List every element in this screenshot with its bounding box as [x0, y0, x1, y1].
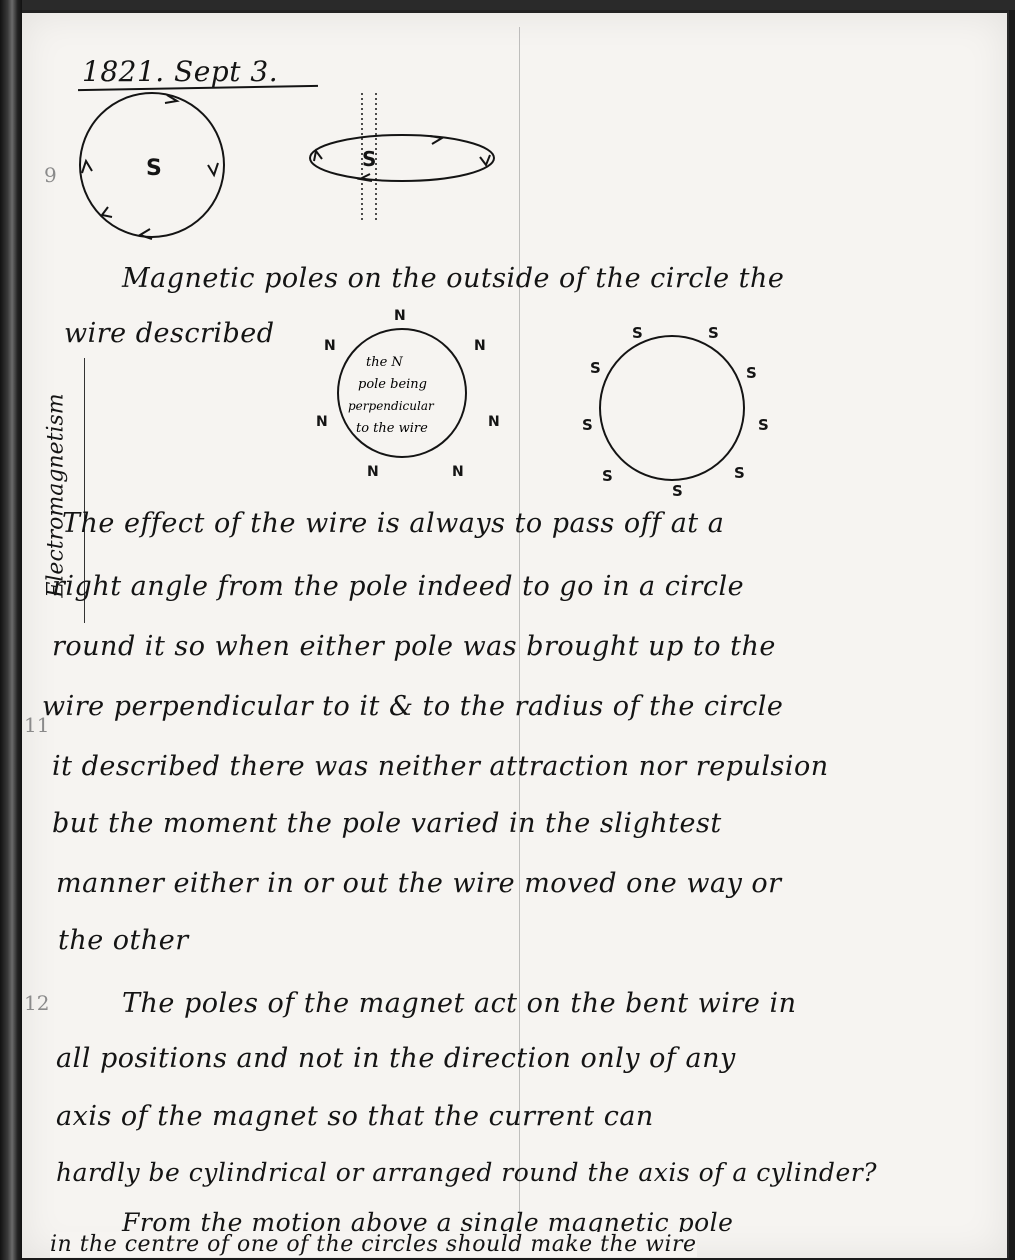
svg-text:S: S — [708, 324, 719, 342]
diagram-inner-text: pole being — [358, 377, 427, 392]
diagram-ellipse-wire: S — [302, 93, 492, 238]
svg-text:N: N — [367, 464, 379, 480]
text-line: The effect of the wire is always to pass… — [62, 508, 724, 539]
svg-text:S: S — [632, 324, 643, 342]
text-line: the other — [58, 925, 189, 956]
svg-text:S: S — [590, 359, 601, 377]
text-line: wire described — [64, 318, 275, 349]
date-heading: 1821. Sept 3. — [82, 55, 278, 88]
diagram-label: S — [146, 156, 162, 181]
diagram-circle-n: N N N N N N N the N pole being perpendic… — [302, 308, 502, 483]
svg-text:N: N — [452, 464, 464, 480]
text-line: all positions and not in the direction o… — [56, 1043, 736, 1074]
book-top-edge — [0, 0, 1015, 10]
text-line: round it so when either pole was brought… — [52, 631, 776, 662]
diagram-label: S — [362, 147, 376, 171]
svg-text:S: S — [672, 482, 683, 500]
svg-text:N: N — [316, 414, 328, 430]
svg-text:N: N — [394, 308, 406, 324]
margin-number: 12 — [24, 991, 49, 1015]
svg-text:S: S — [734, 464, 745, 482]
text-line: The poles of the magnet act on the bent … — [122, 988, 796, 1019]
diagram-circle-s: S — [72, 93, 232, 248]
diagram-inner-text: the N — [366, 355, 403, 370]
text-line: it described there was neither attractio… — [52, 751, 829, 782]
book-binding — [0, 0, 22, 1260]
diagram-inner-text: perpendicular — [348, 399, 435, 413]
text-line: Magnetic poles on the outside of the cir… — [122, 263, 784, 294]
svg-text:N: N — [474, 338, 486, 354]
svg-text:S: S — [746, 364, 757, 382]
text-line: hardly be cylindrical or arranged round … — [56, 1158, 877, 1187]
notebook-page: 1821. Sept 3. 9 11 12 Electromagnetism S — [22, 10, 1009, 1258]
svg-text:S: S — [758, 416, 769, 434]
svg-text:N: N — [324, 338, 336, 354]
diagram-inner-text: to the wire — [356, 421, 428, 436]
text-line: axis of the magnet so that the current c… — [56, 1101, 654, 1132]
svg-text:N: N — [488, 414, 500, 430]
text-line: wire perpendicular to it & to the radius… — [42, 691, 783, 722]
text-line: but the moment the pole varied in the sl… — [52, 808, 722, 839]
diagram-circle-s-labels: S S S S S S S S S — [582, 318, 782, 503]
text-line: in the centre of one of the circles shou… — [50, 1232, 697, 1257]
text-line: manner either in or out the wire moved o… — [56, 868, 782, 899]
margin-number: 9 — [44, 163, 57, 187]
svg-text:S: S — [602, 467, 613, 485]
svg-text:S: S — [582, 416, 593, 434]
text-line: right angle from the pole indeed to go i… — [52, 571, 744, 602]
